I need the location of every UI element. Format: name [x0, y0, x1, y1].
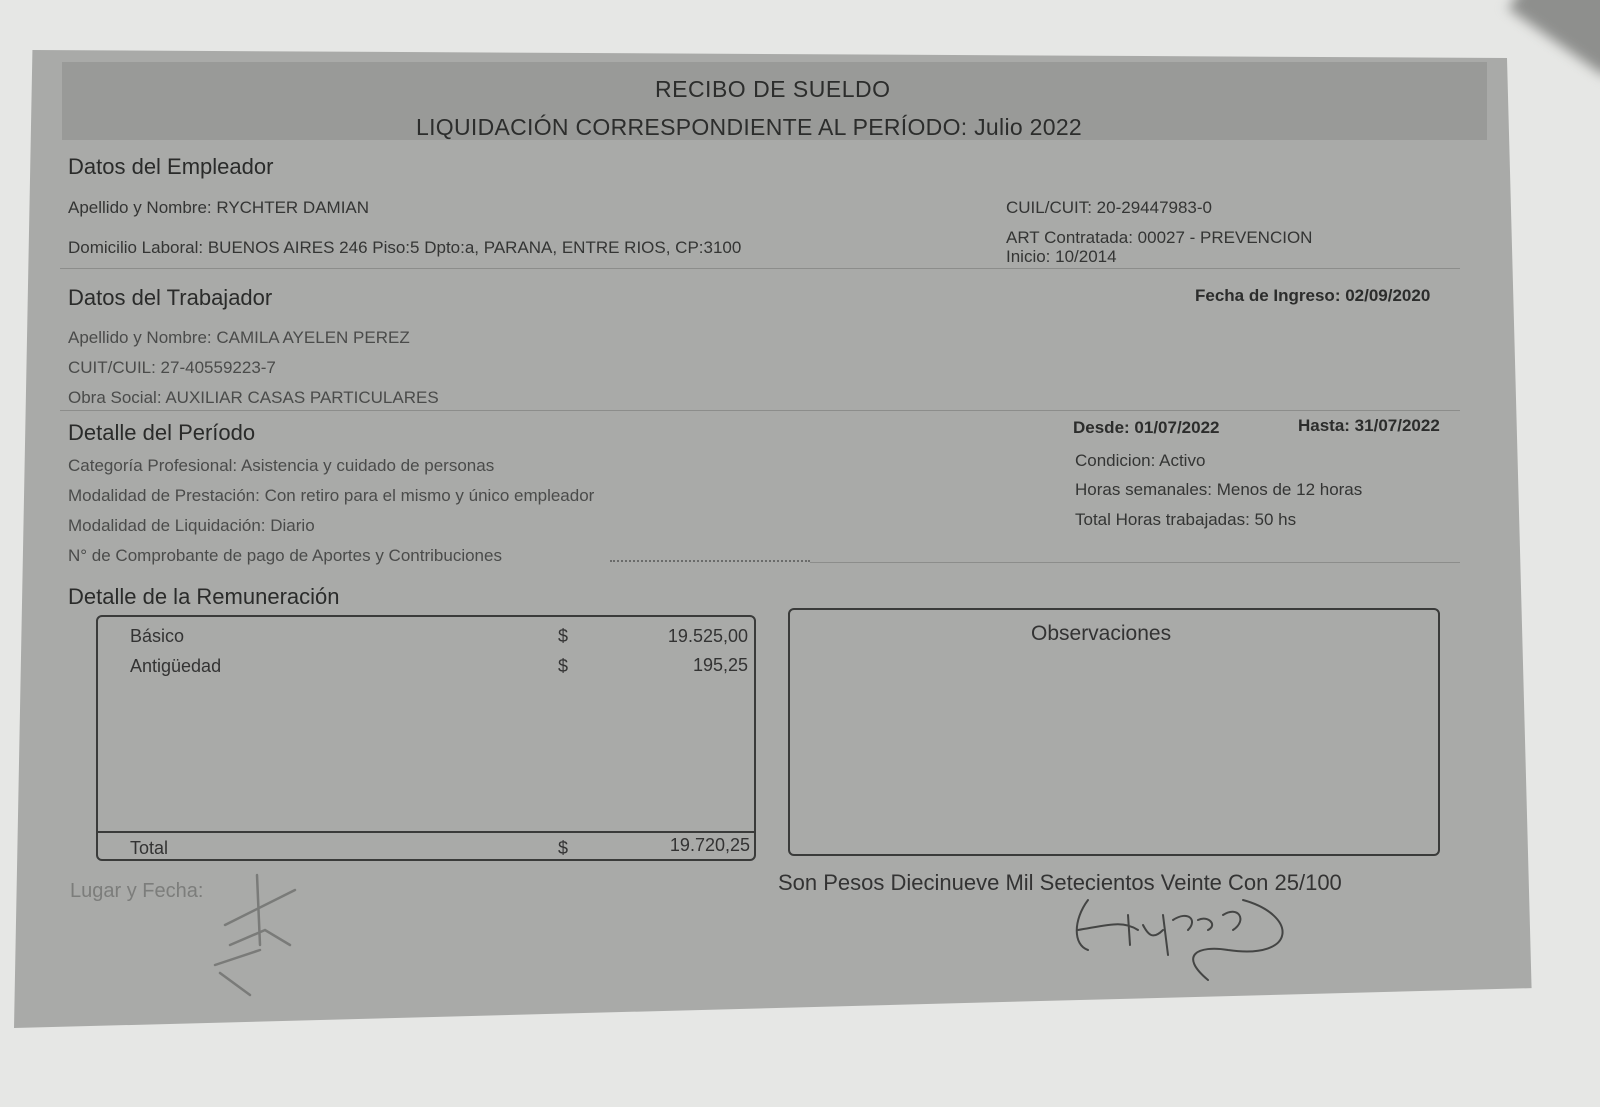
period-title: LIQUIDACIÓN CORRESPONDIENTE AL PERÍODO: … — [416, 114, 1082, 141]
total-divider — [96, 831, 756, 833]
employer-address: Domicilio Laboral: BUENOS AIRES 246 Piso… — [68, 238, 741, 258]
period-total-hours: Total Horas trabajadas: 50 hs — [1075, 510, 1296, 530]
remuneration-amount: 195,25 — [693, 655, 748, 676]
employer-art-start: Inicio: 10/2014 — [1006, 247, 1117, 267]
worker-signature — [205, 865, 305, 1000]
period-settlement-mode: Modalidad de Liquidación: Diario — [68, 516, 315, 536]
place-date-label: Lugar y Fecha: — [70, 880, 203, 903]
worker-health-insurance: Obra Social: AUXILIAR CASAS PARTICULARES — [68, 388, 439, 408]
employer-signature — [1068, 880, 1298, 985]
period-service-mode: Modalidad de Prestación: Con retiro para… — [68, 486, 594, 506]
employer-art: ART Contratada: 00027 - PREVENCION — [1006, 228, 1312, 248]
period-to: Hasta: 31/07/2022 — [1298, 416, 1440, 436]
remuneration-amount: 19.525,00 — [668, 626, 748, 647]
divider — [60, 410, 1460, 411]
remuneration-currency: $ — [558, 626, 568, 647]
remuneration-total-currency: $ — [558, 838, 568, 859]
remuneration-concept: Antigüedad — [130, 656, 221, 677]
period-condition: Condicion: Activo — [1075, 451, 1205, 471]
remuneration-concept: Básico — [130, 626, 184, 647]
divider — [60, 268, 1460, 269]
page-corner-shadow — [1508, 0, 1600, 77]
remuneration-total-amount: 19.720,25 — [670, 835, 750, 856]
worker-heading: Datos del Trabajador — [68, 285, 272, 311]
employer-cuit: CUIL/CUIT: 20-29447983-0 — [1006, 198, 1212, 218]
period-category: Categoría Profesional: Asistencia y cuid… — [68, 456, 494, 476]
divider — [810, 562, 1460, 563]
observations-heading: Observaciones — [1031, 622, 1171, 646]
employer-heading: Datos del Empleador — [68, 154, 273, 180]
employer-name: Apellido y Nombre: RYCHTER DAMIAN — [68, 198, 369, 218]
period-weekly-hours: Horas semanales: Menos de 12 horas — [1075, 480, 1362, 500]
remuneration-currency: $ — [558, 656, 568, 677]
period-heading: Detalle del Período — [68, 420, 255, 446]
worker-hire-date: Fecha de Ingreso: 02/09/2020 — [1195, 286, 1430, 306]
receipt-number-blank — [610, 560, 810, 562]
document-title: RECIBO DE SUELDO — [655, 76, 891, 103]
period-from: Desde: 01/07/2022 — [1073, 418, 1220, 438]
remuneration-total-label: Total — [130, 838, 168, 859]
worker-cuit: CUIT/CUIL: 27-40559223-7 — [68, 358, 276, 378]
worker-name: Apellido y Nombre: CAMILA AYELEN PEREZ — [68, 328, 410, 348]
period-receipt-number: N° de Comprobante de pago de Aportes y C… — [68, 546, 502, 566]
remuneration-heading: Detalle de la Remuneración — [68, 584, 340, 610]
remuneration-table — [96, 615, 756, 861]
